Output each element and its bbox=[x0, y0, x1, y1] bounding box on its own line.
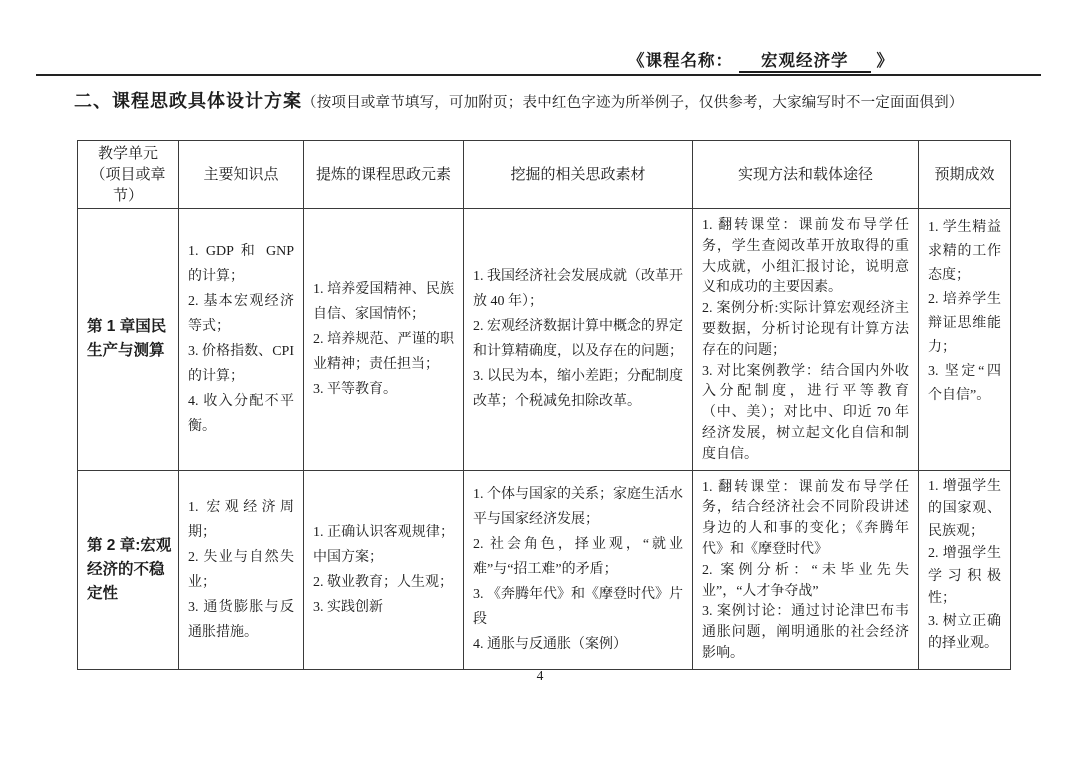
cell-unit: 第 2 章:宏观经济的不稳定性 bbox=[78, 470, 179, 669]
table-row: 第 2 章:宏观经济的不稳定性 1. 宏观经济周期； 2. 失业与自然失业； 3… bbox=[78, 470, 1011, 669]
course-design-table: 教学单元（项目或章节） 主要知识点 提炼的课程思政元素 挖掘的相关思政素材 实现… bbox=[77, 140, 1011, 670]
header-key-knowledge: 主要知识点 bbox=[179, 141, 304, 209]
section-note: （按项目或章节填写，可加附页；表中红色字迹为所举例子，仅供参考，大家编写时不一定… bbox=[302, 95, 964, 111]
cell-methods: 1. 翻转课堂：课前发布导学任务，学生查阅改革开放取得的重大成就，小组汇报讨论，… bbox=[693, 209, 919, 471]
cell-elements: 1. 正确认识客观规律；中国方案； 2. 敬业教育；人生观； 3. 实践创新 bbox=[304, 470, 464, 669]
course-suffix: 》 bbox=[877, 51, 895, 70]
course-name-underlined: 宏观经济学 bbox=[739, 47, 871, 73]
cell-elements: 1. 培养爱国精神、民族自信、家国情怀； 2. 培养规范、严谨的职业精神；责任担… bbox=[304, 209, 464, 471]
header-methods-carriers: 实现方法和载体途径 bbox=[693, 141, 919, 209]
course-label: 《课程名称： bbox=[628, 51, 733, 70]
course-title-line: 《课程名称：宏观经济学》 bbox=[628, 47, 894, 73]
header-ideological-elements: 提炼的课程思政元素 bbox=[304, 141, 464, 209]
cell-outcomes: 1. 增强学生的国家观、民族观； 2. 增强学生学习积极性； 3. 树立正确的择… bbox=[919, 470, 1011, 669]
section-title: 二、课程思政具体设计方案 bbox=[74, 91, 302, 111]
page-number: 4 bbox=[0, 668, 1080, 684]
document-page: 《课程名称：宏观经济学》 二、课程思政具体设计方案（按项目或章节填写，可加附页；… bbox=[0, 0, 1080, 764]
header-teaching-unit: 教学单元（项目或章节） bbox=[78, 141, 179, 209]
cell-materials: 1. 我国经济社会发展成就（改革开放 40 年）； 2. 宏观经济数据计算中概念… bbox=[464, 209, 693, 471]
cell-knowledge: 1. GDP 和 GNP 的计算； 2. 基本宏观经济等式； 3. 价格指数、C… bbox=[179, 209, 304, 471]
cell-unit: 第 1 章国民生产与测算 bbox=[78, 209, 179, 471]
header-divider-line bbox=[36, 74, 1041, 76]
cell-materials: 1. 个体与国家的关系；家庭生活水平与国家经济发展； 2. 社会角色，择业观，“… bbox=[464, 470, 693, 669]
table-header-row: 教学单元（项目或章节） 主要知识点 提炼的课程思政元素 挖掘的相关思政素材 实现… bbox=[78, 141, 1011, 209]
cell-methods: 1. 翻转课堂：课前发布导学任务，结合经济社会不同阶段讲述身边的人和事的变化；《… bbox=[693, 470, 919, 669]
header-expected-outcomes: 预期成效 bbox=[919, 141, 1011, 209]
table-row: 第 1 章国民生产与测算 1. GDP 和 GNP 的计算； 2. 基本宏观经济… bbox=[78, 209, 1011, 471]
cell-outcomes: 1. 学生精益求精的工作态度； 2. 培养学生辩证思维能力； 3. 坚定“四个自… bbox=[919, 209, 1011, 471]
section-heading: 二、课程思政具体设计方案（按项目或章节填写，可加附页；表中红色字迹为所举例子，仅… bbox=[74, 87, 1054, 113]
cell-knowledge: 1. 宏观经济周期； 2. 失业与自然失业； 3. 通货膨胀与反通胀措施。 bbox=[179, 470, 304, 669]
header-related-materials: 挖掘的相关思政素材 bbox=[464, 141, 693, 209]
